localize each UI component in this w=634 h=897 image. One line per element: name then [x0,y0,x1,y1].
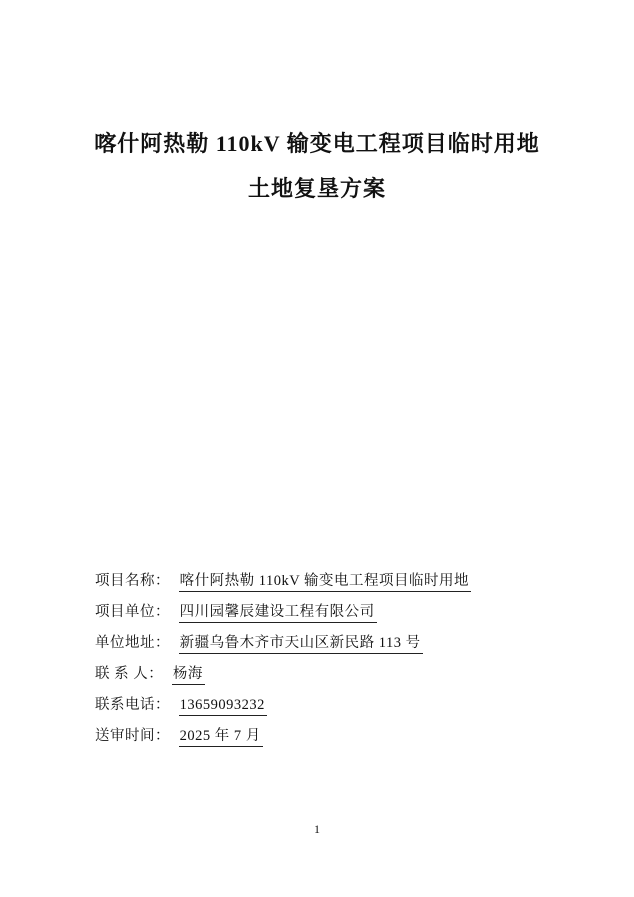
field-label-contact-person: 联 系 人： [95,659,163,690]
document-title: 喀什阿热勒 110kV 输变电工程项目临时用地 土地复垦方案 [40,121,594,211]
field-value-project-unit: 四川园馨辰建设工程有限公司 [179,602,377,623]
field-value-project-name: 喀什阿热勒 110kV 输变电工程项目临时用地 [179,571,471,592]
document-page: 喀什阿热勒 110kV 输变电工程项目临时用地 土地复垦方案 项目名称： 喀什阿… [0,0,634,897]
field-value-submission-date: 2025 年 7 月 [179,726,263,747]
field-label-unit-address: 单位地址： [95,628,170,659]
field-row-unit-address: 单位地址： 新疆乌鲁木齐市天山区新民路 113 号 [95,628,594,659]
field-row-contact-person: 联 系 人： 杨海 [95,659,594,690]
cover-info-block: 项目名称： 喀什阿热勒 110kV 输变电工程项目临时用地 项目单位： 四川园馨… [95,566,594,752]
field-row-contact-phone: 联系电话： 13659093232 [95,690,594,721]
page-number: 1 [0,822,634,837]
field-label-submission-date: 送审时间： [95,721,170,752]
field-value-unit-address: 新疆乌鲁木齐市天山区新民路 113 号 [179,633,423,654]
field-value-contact-phone: 13659093232 [179,695,267,716]
field-value-contact-person: 杨海 [172,664,205,685]
field-label-contact-phone: 联系电话： [95,690,170,721]
field-row-submission-date: 送审时间： 2025 年 7 月 [95,721,594,752]
field-label-project-name: 项目名称： [95,566,170,597]
document-title-line-2: 土地复垦方案 [40,166,594,211]
field-row-project-name: 项目名称： 喀什阿热勒 110kV 输变电工程项目临时用地 [95,566,594,597]
field-row-project-unit: 项目单位： 四川园馨辰建设工程有限公司 [95,597,594,628]
field-label-project-unit: 项目单位： [95,597,170,628]
document-title-line-1: 喀什阿热勒 110kV 输变电工程项目临时用地 [40,121,594,166]
